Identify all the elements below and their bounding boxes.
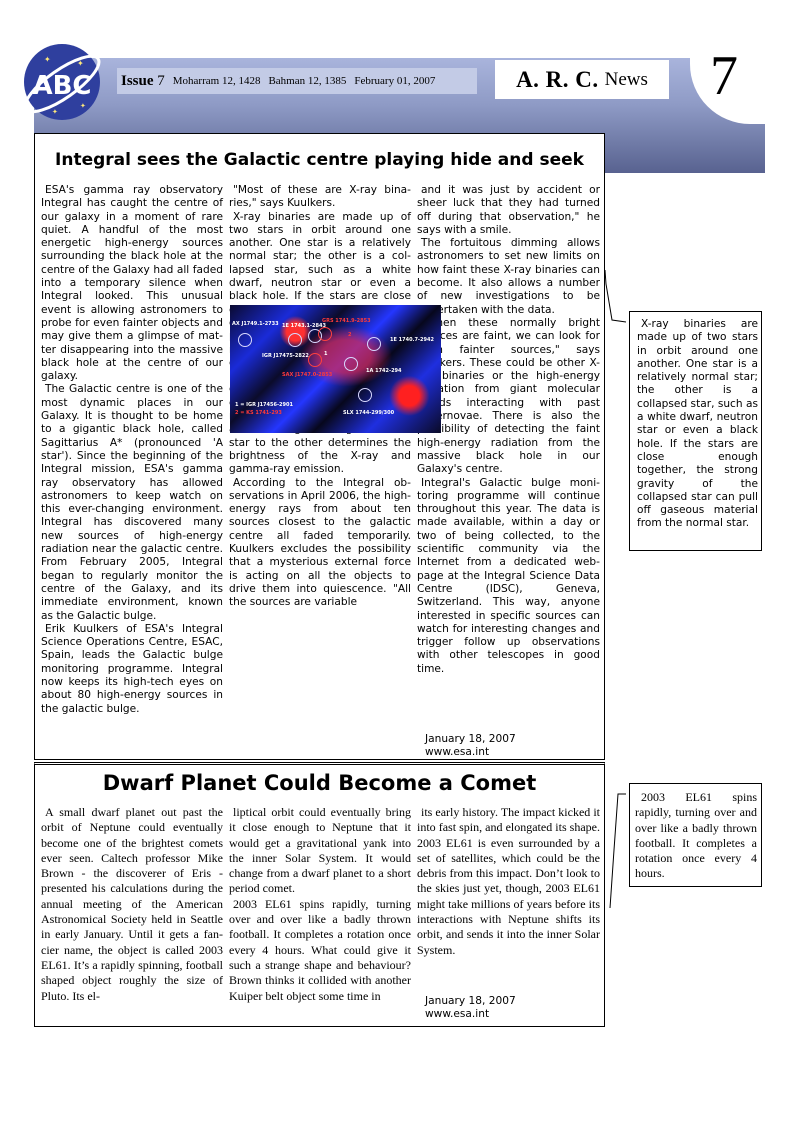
sidebar-el61-spin: 2003 EL61 spins rapidly, turning over an… bbox=[629, 783, 762, 887]
paragraph: The fortuitous dimming allows astronomer… bbox=[417, 237, 600, 317]
paragraph: A small dwarf planet out past the orbit … bbox=[41, 805, 223, 1004]
paragraph: "Most of these are X-ray bina­ries," say… bbox=[229, 184, 411, 211]
article-integral: Integral sees the Galactic centre playin… bbox=[34, 133, 605, 760]
paragraph: ESA's gamma ray observatory Integral has… bbox=[41, 184, 223, 383]
article-date: January 18, 2007 bbox=[425, 733, 516, 746]
sidebar-xray-binaries: X-ray binaries are made up of two stars … bbox=[629, 311, 762, 551]
article-source-link[interactable]: www.esa.int bbox=[425, 1008, 516, 1021]
source-marker bbox=[358, 388, 372, 402]
date-hijri: Moharram 12, 1428 bbox=[173, 75, 261, 87]
paragraph: 2003 EL61 spins rapidly, turn­ing over a… bbox=[229, 897, 411, 1004]
source-marker bbox=[318, 327, 332, 341]
svg-text:✦: ✦ bbox=[77, 59, 84, 68]
svg-text:✦: ✦ bbox=[44, 55, 51, 64]
page-number: 7 bbox=[710, 48, 738, 104]
galactic-centre-image: AX J1749.1-2733 1E 1743.1-2843 IGR J1747… bbox=[230, 305, 441, 433]
svg-text:ABC: ABC bbox=[32, 71, 91, 101]
article-credit: January 18, 2007 www.esa.int bbox=[425, 995, 516, 1021]
article-column-1: ESA's gamma ray observatory Integral has… bbox=[41, 184, 223, 754]
source-marker bbox=[238, 333, 252, 347]
paragraph: "When these normally bright sources are … bbox=[417, 317, 600, 477]
article-column-3: and it was just by accident or sheer luc… bbox=[417, 184, 600, 754]
article-headline: Integral sees the Galactic centre playin… bbox=[35, 150, 604, 170]
article-dwarf-planet: Dwarf Planet Could Become a Comet A smal… bbox=[34, 762, 605, 1027]
paragraph: The Galactic centre is one of the most d… bbox=[41, 383, 223, 622]
sidebar-text: X-ray binaries are made up of two stars … bbox=[637, 318, 758, 531]
article-column-3: its early history. The impact kicked it … bbox=[417, 805, 600, 958]
paragraph: Integral's Galactic bulge moni­toring pr… bbox=[417, 477, 600, 676]
sidebar-text: 2003 EL61 spins rapidly, turning over an… bbox=[635, 790, 757, 882]
article-column-1: A small dwarf planet out past the orbit … bbox=[41, 805, 223, 1004]
date-persian: Bahman 12, 1385 bbox=[268, 75, 346, 87]
arc-logo-icon: ABC ✦ ✦ ✦ ✦ bbox=[22, 42, 102, 122]
source-marker bbox=[288, 333, 302, 347]
article-headline: Dwarf Planet Could Become a Comet bbox=[35, 771, 604, 795]
paragraph: Erik Kuulkers of ESA's Integral Science … bbox=[41, 623, 223, 716]
article-column-2: "Most of these are X-ray bina­ries," say… bbox=[229, 184, 411, 754]
sidebar-connector bbox=[604, 270, 630, 326]
publication-title-sub: News bbox=[605, 69, 648, 91]
source-marker bbox=[344, 357, 358, 371]
paragraph: According to the Integral ob­servations … bbox=[229, 477, 411, 610]
svg-text:✦: ✦ bbox=[80, 102, 86, 110]
paragraph: its early history. The impact kicked it … bbox=[417, 805, 600, 958]
sidebar-connector bbox=[606, 790, 630, 910]
issue-label: Issue 7 bbox=[121, 73, 165, 90]
source-marker bbox=[367, 337, 381, 351]
issue-info-bar: Issue 7 Moharram 12, 1428 Bahman 12, 138… bbox=[117, 68, 477, 94]
article-credit: January 18, 2007 www.esa.int bbox=[425, 733, 516, 759]
article-date: January 18, 2007 bbox=[425, 995, 516, 1008]
publication-title: A. R. C. News bbox=[495, 60, 669, 99]
svg-text:✦: ✦ bbox=[52, 108, 58, 116]
article-source-link[interactable]: www.esa.int bbox=[425, 746, 516, 759]
paragraph: liptical orbit could eventually bring it… bbox=[229, 805, 411, 897]
date-gregorian: February 01, 2007 bbox=[354, 75, 435, 87]
article-column-2: liptical orbit could eventually bring it… bbox=[229, 805, 411, 1004]
publication-title-main: A. R. C. bbox=[516, 67, 599, 93]
paragraph: and it was just by accident or sheer luc… bbox=[417, 184, 600, 237]
source-marker bbox=[308, 353, 322, 367]
